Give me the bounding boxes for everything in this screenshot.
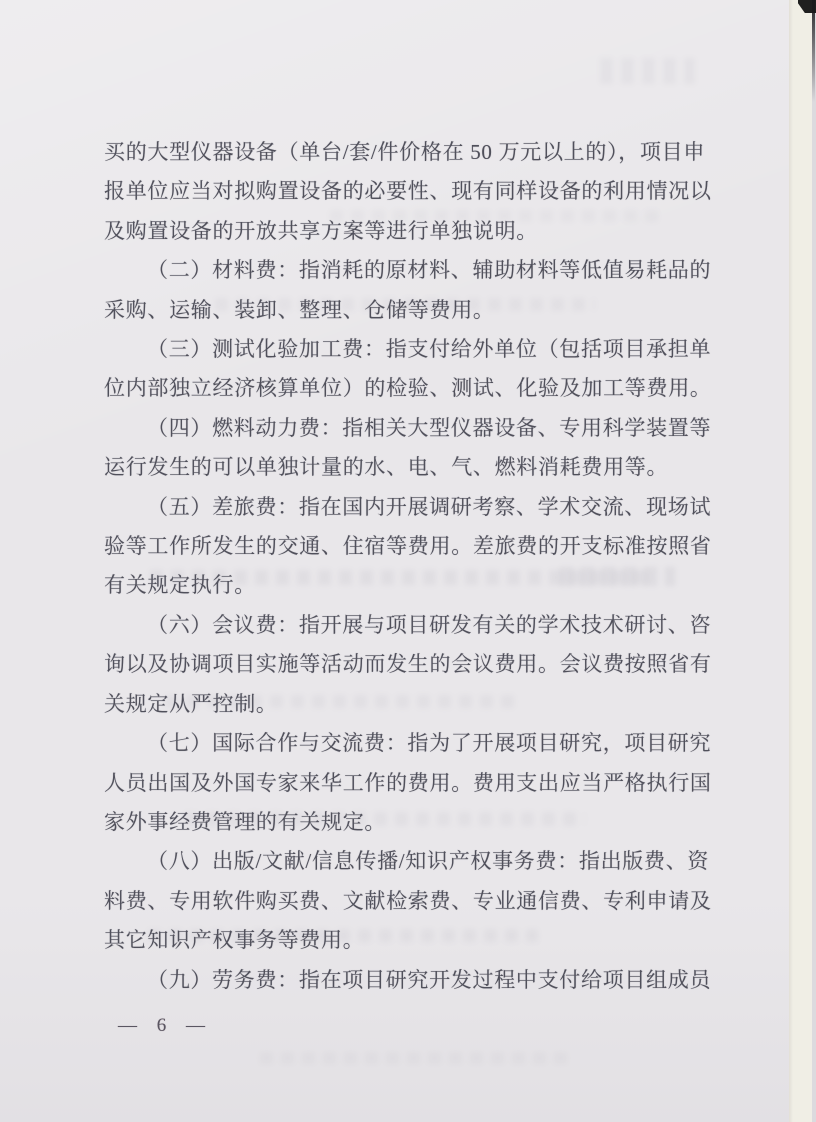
- text-line: （五）差旅费：指在国内开展调研考察、学术交流、现场试: [104, 488, 718, 527]
- scanned-document-page: 买的大型仪器设备（单台/套/件价格在 50 万元以上的），项目申 报单位应当对拟…: [0, 0, 816, 1122]
- text-line: 有关规定执行。: [104, 566, 718, 605]
- text-line: （四）燃料动力费：指相关大型仪器设备、专用科学装置等: [104, 409, 718, 448]
- text-line: 询以及协调项目实施等活动而发生的会议费用。会议费按照省有: [104, 645, 718, 684]
- text-line: 验等工作所发生的交通、住宿等费用。差旅费的开支标准按照省: [104, 527, 718, 566]
- page-edge-strip: [789, 0, 812, 1122]
- document-body: 买的大型仪器设备（单台/套/件价格在 50 万元以上的），项目申 报单位应当对拟…: [104, 133, 718, 1000]
- bleedthrough-smudge: [600, 58, 695, 84]
- text-line: 人员出国及外国专家来华工作的费用。费用支出应当严格执行国: [104, 764, 718, 803]
- text-line: 料费、专用软件购买费、文献检索费、专业通信费、专利申请及: [104, 882, 718, 921]
- text-line: 及购置设备的开放共享方案等进行单独说明。: [104, 212, 718, 251]
- scan-edge-shadow: [812, 0, 815, 102]
- text-line: 关规定从严控制。: [104, 685, 718, 724]
- text-line: （六）会议费：指开展与项目研发有关的学术技术研讨、咨: [104, 606, 718, 645]
- text-line: 运行发生的可以单独计量的水、电、气、燃料消耗费用等。: [104, 448, 718, 487]
- text-line: 报单位应当对拟购置设备的必要性、现有同样设备的利用情况以: [104, 172, 718, 211]
- text-line: （二）材料费：指消耗的原材料、辅助材料等低值易耗品的: [104, 251, 718, 290]
- text-line: （三）测试化验加工费：指支付给外单位（包括项目承担单: [104, 330, 718, 369]
- text-line: （九）劳务费：指在项目研究开发过程中支付给项目组成员: [104, 961, 718, 1000]
- text-line: 位内部独立经济核算单位）的检验、测试、化验及加工等费用。: [104, 369, 718, 408]
- text-line: 买的大型仪器设备（单台/套/件价格在 50 万元以上的），项目申: [104, 133, 718, 172]
- text-line: 家外事经费管理的有关规定。: [104, 803, 718, 842]
- text-line: （七）国际合作与交流费：指为了开展项目研究，项目研究: [104, 724, 718, 763]
- page-number: — 6 —: [118, 1012, 206, 1040]
- bleedthrough-smudge: [260, 1052, 570, 1064]
- text-line: 采购、运输、装卸、整理、仓储等费用。: [104, 291, 718, 330]
- text-line: （八）出版/文献/信息传播/知识产权事务费：指出版费、资: [104, 842, 718, 881]
- text-line: 其它知识产权事务等费用。: [104, 921, 718, 960]
- scan-background-edge: [812, 0, 816, 1122]
